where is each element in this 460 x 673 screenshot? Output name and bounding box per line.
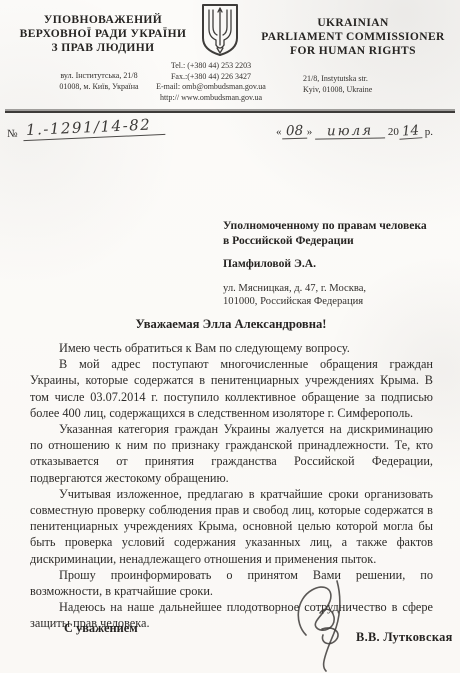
date-close-quote: » xyxy=(307,126,313,138)
addressee-title-line1: Уполномоченному по правам человека xyxy=(223,219,437,234)
body-paragraph-5: Прошу проинформировать о принятом Вами р… xyxy=(30,567,433,599)
date-year-handwritten: 14 xyxy=(398,124,422,140)
date-month-handwritten: июля xyxy=(315,124,385,139)
letterhead-divider-rule xyxy=(5,111,455,113)
address-en-line2: Kyiv, 01008, Ukraine xyxy=(303,85,403,96)
fax-line: Fax.:(+380 44) 226 3427 xyxy=(140,72,282,83)
body-paragraph-4: Учитывая изложенное, предлагаю в кратчай… xyxy=(30,486,433,567)
date-open-quote: « xyxy=(276,126,282,138)
body-paragraph-2: В мой адрес поступают многочисленные обр… xyxy=(30,356,433,421)
signer-name: В.В. Лутковская xyxy=(356,630,453,645)
contact-block: Tel.: (+380 44) 253 2203 Fax.:(+380 44) … xyxy=(140,61,282,103)
scanned-letter-page: УПОВНОВАЖЕНИЙ ВЕРХОВНОЇ РАДИ УКРАЇНИ З П… xyxy=(0,0,460,673)
letter-body: Имею честь обратиться к Вам по следующем… xyxy=(30,340,433,632)
email-line: E-mail: omb@ombudsman.gov.ua xyxy=(140,82,282,93)
org-en-line3: FOR HUMAN RIGHTS xyxy=(252,44,454,58)
address-english: 21/8, Instytutska str. Kyiv, 01008, Ukra… xyxy=(303,74,403,95)
body-paragraph-1: Имею честь обратиться к Вам по следующем… xyxy=(30,340,433,356)
addressee-address-line2: 101000, Российская Федерация xyxy=(223,295,437,308)
org-uk-line2: ВЕРХОВНОЇ РАДИ УКРАЇНИ xyxy=(6,27,200,41)
closing-phrase: С уважением xyxy=(64,621,138,636)
addressee-title-line2: в Российской Федерации xyxy=(223,234,437,249)
date-day-handwritten: 08 xyxy=(281,125,307,140)
reference-number-label: № xyxy=(7,128,18,140)
org-uk-line3: З ПРАВ ЛЮДИНИ xyxy=(6,41,200,55)
date-year-prefix: 20 xyxy=(388,126,399,138)
handwritten-signature-icon xyxy=(290,577,362,672)
ukraine-trident-emblem-icon xyxy=(200,3,240,57)
org-en-line1: UKRAINIAN xyxy=(252,16,454,30)
body-paragraph-3: Указанная категория граждан Украины жалу… xyxy=(30,421,433,486)
reference-number-handwritten: 1.-1291/14-82 xyxy=(23,115,166,141)
addressee-name: Памфиловой Э.А. xyxy=(223,257,437,272)
org-uk-line1: УПОВНОВАЖЕНИЙ xyxy=(6,13,200,27)
address-en-line1: 21/8, Instytutska str. xyxy=(303,74,403,85)
org-name-ukrainian: УПОВНОВАЖЕНИЙ ВЕРХОВНОЇ РАДИ УКРАЇНИ З П… xyxy=(6,13,200,55)
org-name-english: UKRAINIAN PARLIAMENT COMMISSIONER FOR HU… xyxy=(252,16,454,58)
date-year-suffix: р. xyxy=(425,126,433,138)
salutation: Уважаемая Элла Александровна! xyxy=(30,317,432,332)
addressee-address-line1: ул. Мясницкая, д. 47, г. Москва, xyxy=(223,282,437,295)
phone-line: Tel.: (+380 44) 253 2203 xyxy=(140,61,282,72)
website-line: http:// www.ombudsman.gov.ua xyxy=(140,93,282,104)
org-en-line2: PARLIAMENT COMMISSIONER xyxy=(252,30,454,44)
date-line: «08» июля 2014 р. xyxy=(276,125,454,139)
addressee-block: Уполномоченному по правам человека в Рос… xyxy=(223,219,437,308)
